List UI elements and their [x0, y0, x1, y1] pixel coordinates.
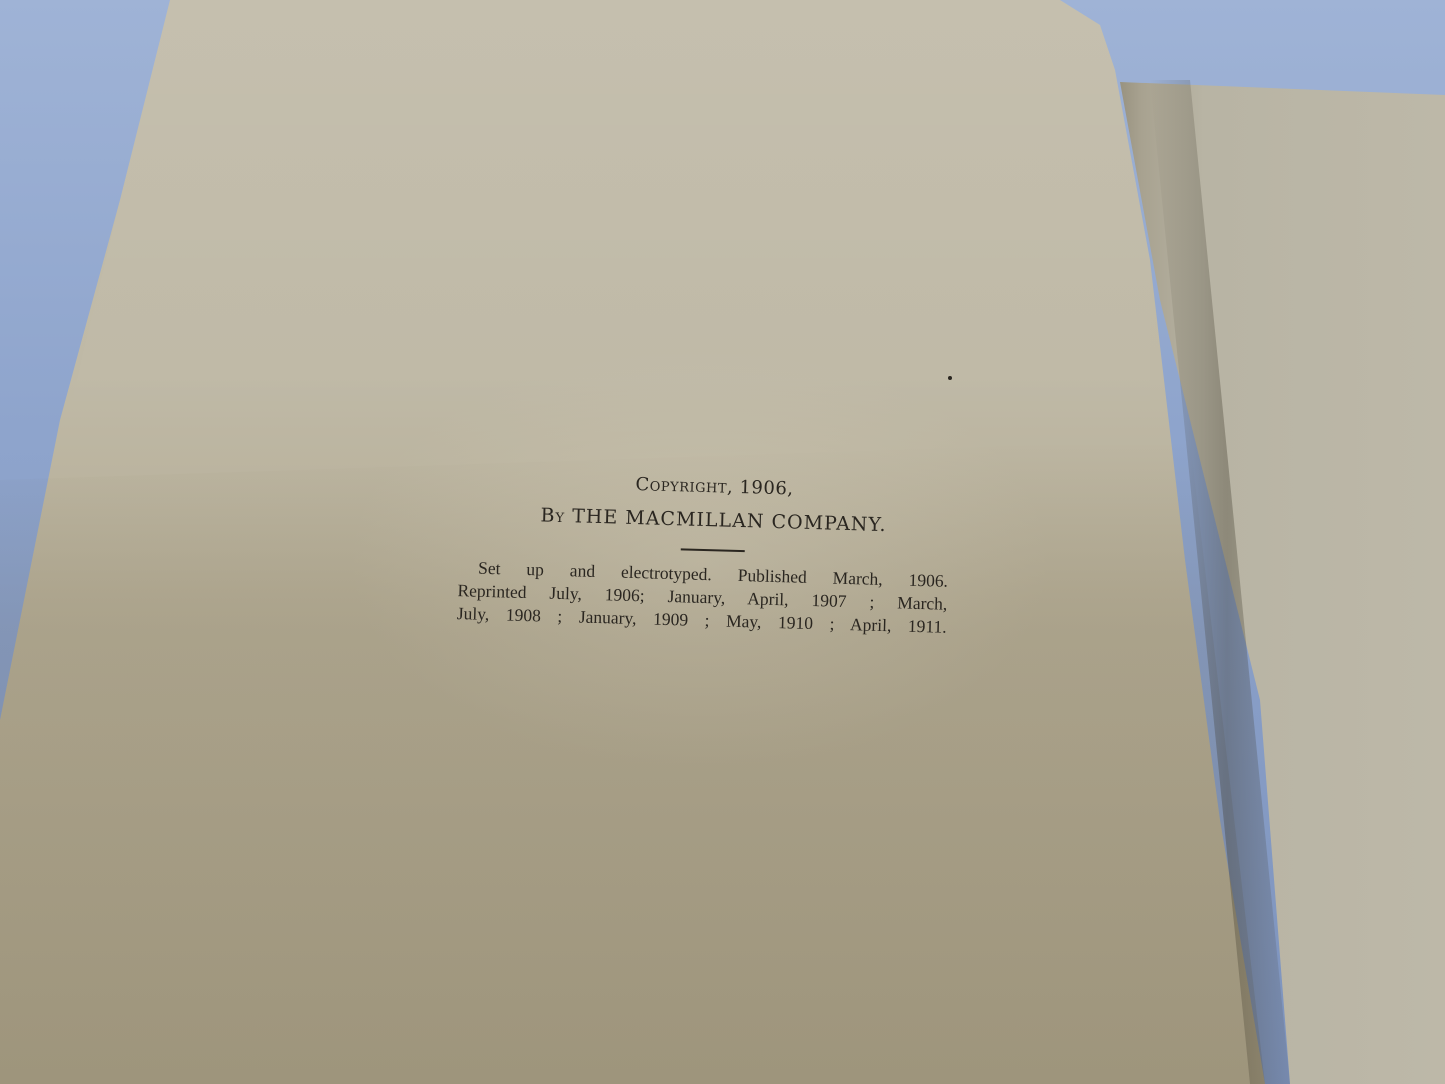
- photo-scene: Copyright, 1906, By THE MACMILLAN COMPAN…: [0, 0, 1445, 1084]
- divider-rule: [681, 548, 745, 552]
- printing-history: Set up and electrotyped. Published March…: [457, 556, 949, 639]
- ink-speck: [948, 376, 952, 380]
- copyright-notice: Copyright, 1906, By THE MACMILLAN COMPAN…: [451, 466, 975, 639]
